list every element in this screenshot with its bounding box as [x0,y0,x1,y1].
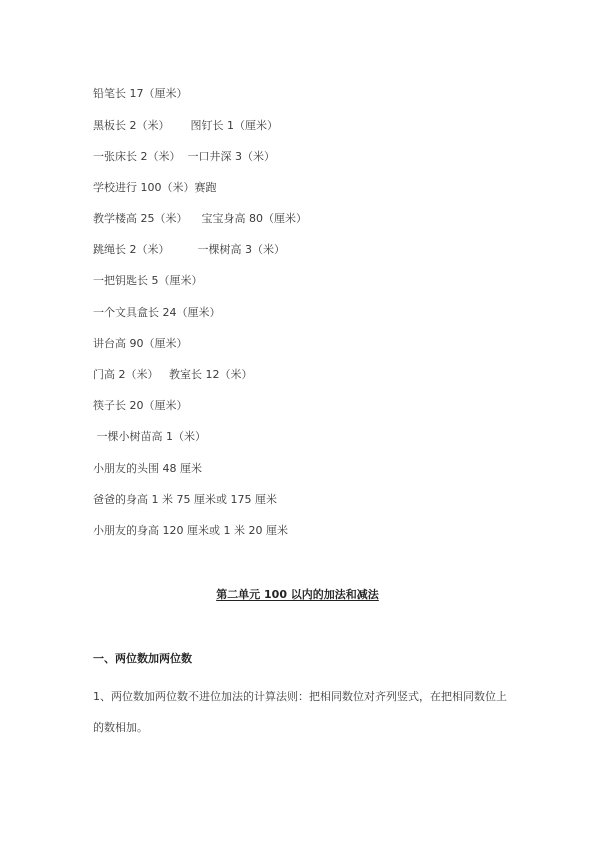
measurement-line: 教学楼高 25（米） 宝宝身高 80（厘米） [93,212,307,226]
measurement-line: 门高 2（米） 教室长 12（米） [93,368,252,382]
measurement-line: 跳绳长 2（米） 一棵树高 3（米） [93,243,285,257]
measurement-line: 讲台高 90（厘米） [93,337,188,351]
measurement-line: 一把钥匙长 5（厘米） [93,274,203,288]
rule-paragraph: 1、两位数加两位数不进位加法的计算法则：把相同数位对齐列竖式，在把相同数位上的数… [93,681,513,743]
measurement-line: 黑板长 2（米） 图钉长 1（厘米） [93,119,278,133]
measurement-line: 小朋友的头围 48 厘米 [93,462,202,476]
unit-heading-text: 第二单元 100 以内的加法和减法 [216,588,379,601]
measurement-line: 爸爸的身高 1 米 75 厘米或 175 厘米 [93,493,277,507]
measurement-line: 一棵小树苗高 1（米） [93,430,206,444]
measurement-line: 小朋友的身高 120 厘米或 1 米 20 厘米 [93,524,288,538]
measurement-line: 铅笔长 17（厘米） [93,87,188,101]
measurement-line: 学校进行 100（米）赛跑 [93,181,217,195]
measurement-line: 筷子长 20（厘米） [93,399,188,413]
measurement-line: 一张床长 2（米） 一口井深 3（米） [93,150,275,164]
measurement-line: 一个文具盒长 24（厘米） [93,306,221,320]
section-title: 一、两位数加两位数 [93,650,192,666]
unit-heading: 第二单元 100 以内的加法和减法 [0,586,595,602]
